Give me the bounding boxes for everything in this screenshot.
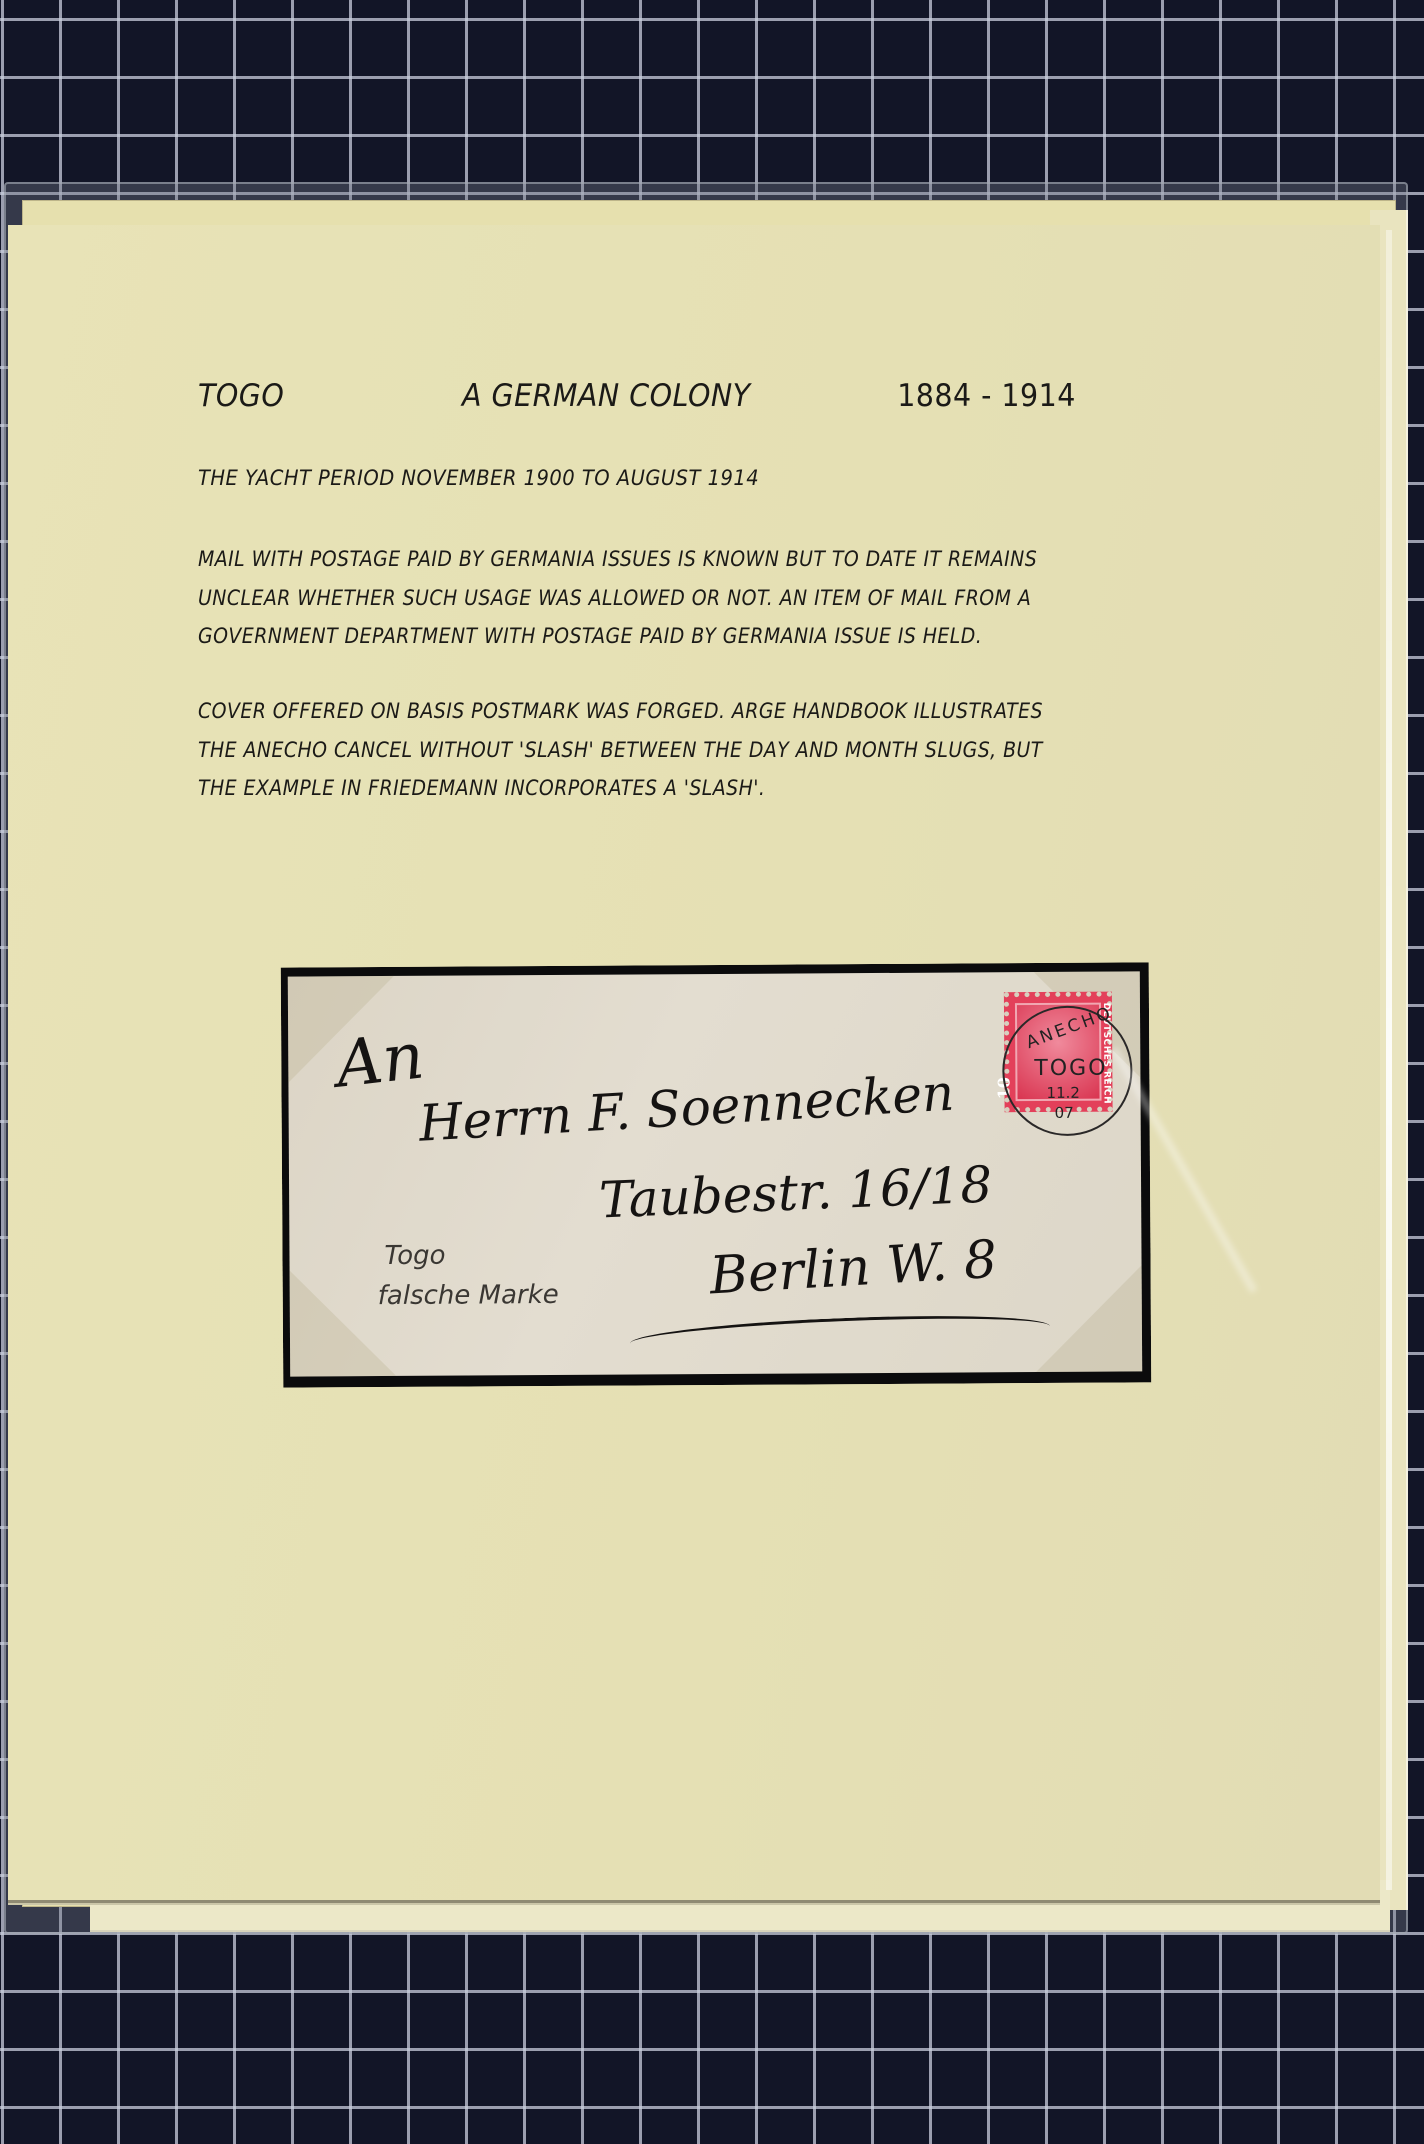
address-underline — [629, 1310, 1050, 1360]
pencil-note: Togo — [384, 1241, 445, 1271]
header-years: 1884 - 1914 — [897, 378, 1076, 414]
header-country: TOGO — [198, 378, 284, 414]
text-line: UNCLEAR WHETHER SUCH USAGE WAS ALLOWED O… — [198, 579, 1206, 618]
photo-corner — [1036, 1265, 1142, 1376]
pencil-note: falsche Marke — [378, 1280, 559, 1311]
sleeve-glare — [1386, 230, 1392, 1890]
text-line: MAIL WITH POSTAGE PAID BY GERMANIA ISSUE… — [198, 540, 1206, 579]
postmark-year: 07 — [1055, 1104, 1074, 1122]
address-line: Berlin W. 8 — [708, 1230, 999, 1307]
postmark-date: 11.2 — [1046, 1084, 1080, 1102]
text-line: THE ANECHO CANCEL WITHOUT 'SLASH' BETWEE… — [198, 731, 1206, 770]
page-header: TOGO A GERMAN COLONY 1884 - 1914 — [198, 378, 1118, 422]
postmark-cancel: ANECHO TOGO 11.2 07 — [1002, 1005, 1133, 1136]
address-line: Taubestr. 16/18 — [598, 1155, 993, 1229]
postmark-country: TOGO — [1034, 1056, 1107, 1081]
paragraph-forgery: COVER OFFERED ON BASIS POSTMARK WAS FORG… — [198, 692, 1318, 808]
paragraph-germania: MAIL WITH POSTAGE PAID BY GERMANIA ISSUE… — [198, 540, 1318, 656]
text-line: COVER OFFERED ON BASIS POSTMARK WAS FORG… — [198, 692, 1206, 731]
page-subtitle: THE YACHT PERIOD NOVEMBER 1900 TO AUGUST… — [198, 466, 759, 490]
text-line: THE EXAMPLE IN FRIEDEMANN INCORPORATES A… — [198, 769, 1206, 808]
address-line: An — [332, 1019, 427, 1102]
text-line: GOVERNMENT DEPARTMENT WITH POSTAGE PAID … — [198, 617, 1206, 656]
cover-mount: An Herrn F. Soennecken Taubestr. 16/18 B… — [281, 962, 1152, 1387]
header-title: A GERMAN COLONY — [462, 378, 751, 414]
address-line: Herrn F. Soennecken — [417, 1064, 955, 1153]
envelope-cover: An Herrn F. Soennecken Taubestr. 16/18 B… — [288, 971, 1142, 1376]
